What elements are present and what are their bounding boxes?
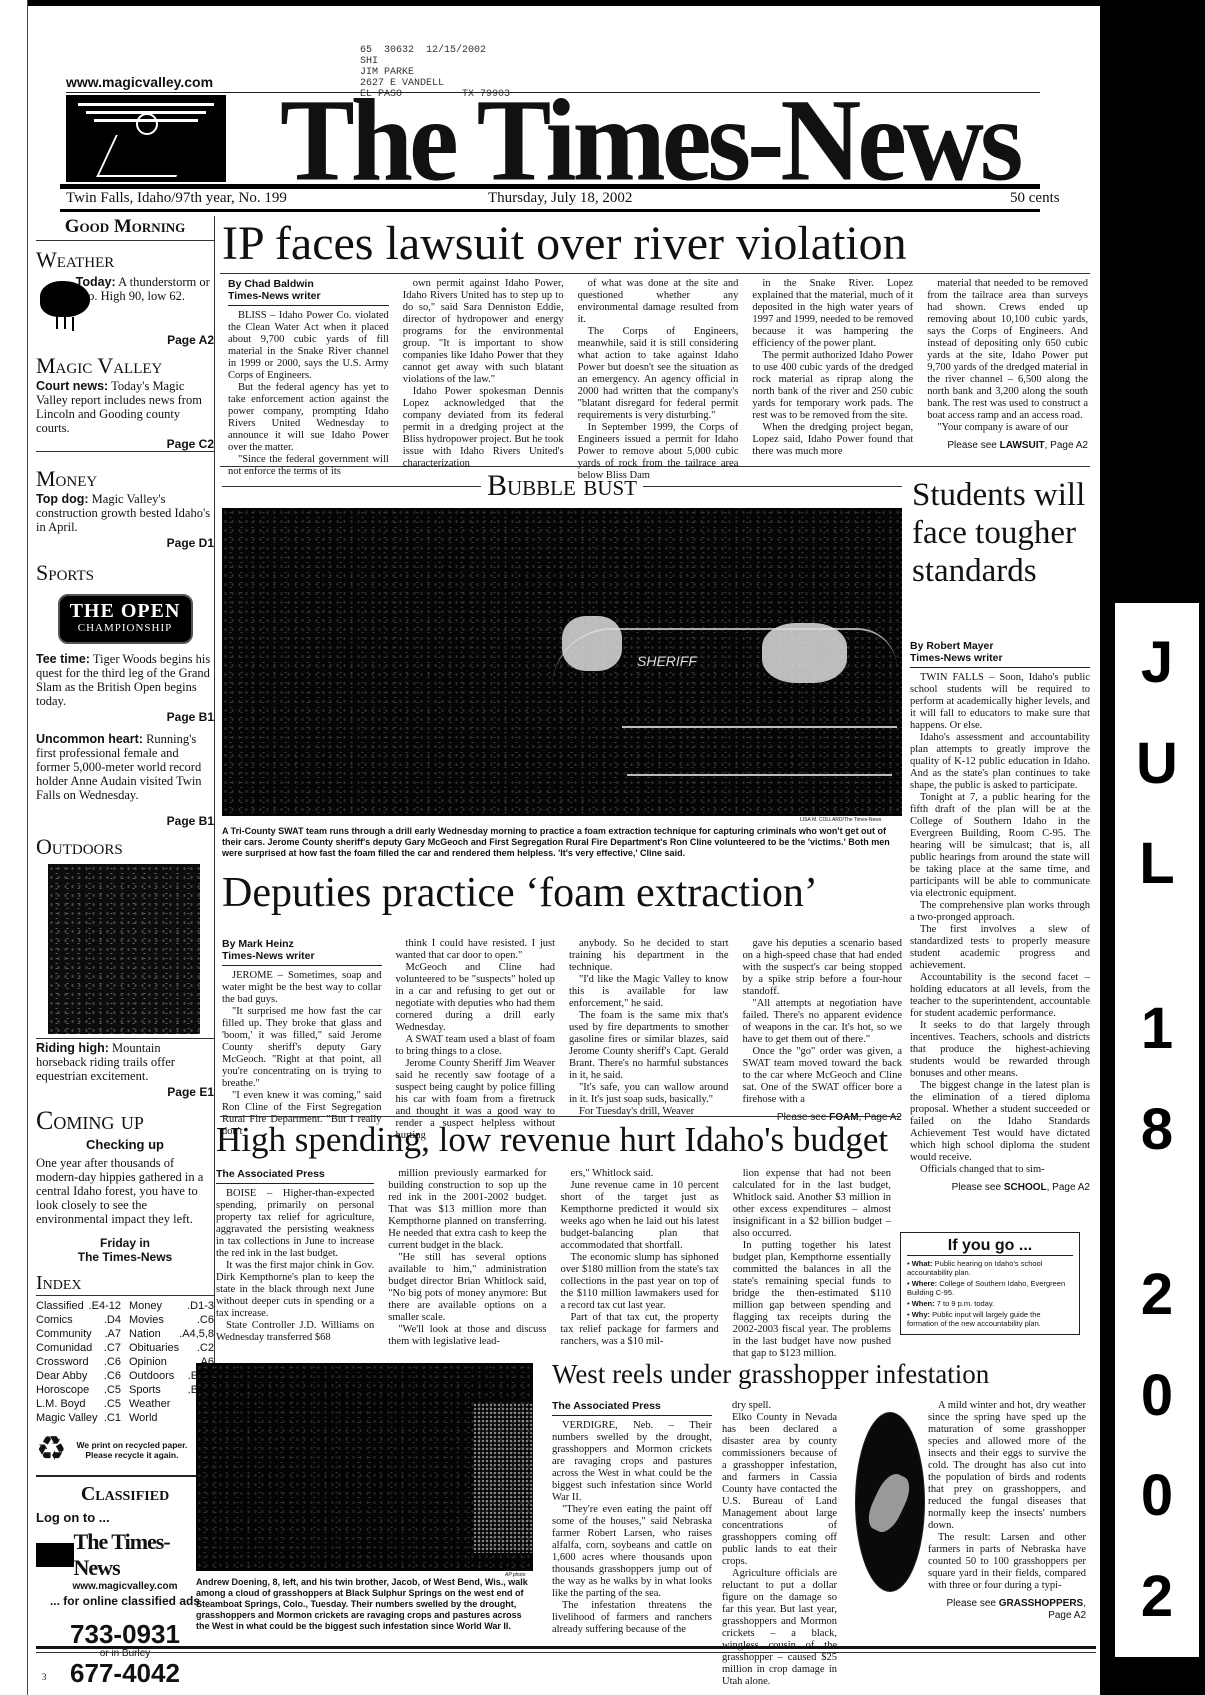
paragraph: "Your company is aware of our <box>927 422 1088 434</box>
index-name: Horoscope <box>36 1383 89 1397</box>
index-name: L.M. Boyd <box>36 1397 86 1411</box>
recycle-line: Please recycle it again. <box>76 1450 187 1460</box>
foam-patch <box>562 616 622 671</box>
paragraph: Tonight at 7, a public hearing for the f… <box>910 792 1090 900</box>
masthead-bar <box>60 184 1040 189</box>
teaser-kicker: Tee time: <box>36 652 90 666</box>
paragraph: A mild winter and hot, dry weather since… <box>928 1400 1086 1532</box>
date-char: 8 <box>1141 1101 1173 1159</box>
badge-line: THE OPEN <box>60 600 191 622</box>
website-link[interactable]: www.magicvalley.com <box>66 74 213 90</box>
section-rule <box>220 1116 900 1117</box>
teaser-kicker: Court news: <box>36 379 108 393</box>
paragraph: The foam is the same mix that's used by … <box>569 1010 729 1082</box>
paragraph: When the dredging project began, Lopez s… <box>752 422 913 458</box>
date-char: 2 <box>1141 1266 1173 1324</box>
paragraph: gave his deputies a scenario based on a … <box>743 938 903 998</box>
index-entry[interactable]: Movies.C6 <box>129 1313 214 1327</box>
date-strip-card: J U L 1 8 2 0 0 2 <box>1112 600 1202 1660</box>
paragraph: "We'll look at those and discuss them wi… <box>388 1324 546 1348</box>
story-column: own permit against Idaho Power, Idaho Ri… <box>403 278 564 482</box>
grasshopper-byline: The Associated Press <box>552 1400 712 1416</box>
index-page: .D4 <box>104 1313 121 1327</box>
index-name: Money <box>129 1299 162 1313</box>
coming-up-subtitle: Checking up <box>36 1137 214 1152</box>
story-column: By Chad BaldwinTimes-News writer BLISS –… <box>228 278 389 482</box>
byline-name: By Mark Heinz <box>222 938 382 950</box>
photo-kicker: Bubble bust <box>222 470 902 502</box>
foam-patch <box>762 623 847 683</box>
paragraph: "He still has several options available … <box>388 1252 546 1324</box>
index-name: Weather <box>129 1397 170 1411</box>
online-logo[interactable]: The Times-News <box>36 1529 214 1581</box>
index-name: Nation <box>129 1327 161 1341</box>
index-page: .C1 <box>104 1411 121 1425</box>
magic-valley-page-ref[interactable]: Page C2 <box>36 437 214 452</box>
story-column: million previously earmarked for buildin… <box>388 1168 546 1360</box>
index-entry[interactable]: Nation.A4,5,8 <box>129 1327 214 1341</box>
index-title: Index <box>36 1272 214 1296</box>
scan-border-top <box>0 0 1205 6</box>
lead-headline[interactable]: IP faces lawsuit over river violation <box>222 218 907 270</box>
paragraph: State Controller J.D. Williams on Wednes… <box>216 1320 374 1344</box>
story-column: anybody. So he decided to start training… <box>569 938 729 1142</box>
paragraph: lion expense that had not been calculate… <box>733 1168 891 1240</box>
paragraph: own permit against Idaho Power, Idaho Ri… <box>403 278 564 386</box>
item-label: When: <box>912 1299 935 1308</box>
story-column: A mild winter and hot, dry weather since… <box>886 1400 1086 1622</box>
index-page: .D1-3 <box>187 1299 214 1313</box>
index-name: World <box>129 1411 158 1425</box>
jump-word: LAWSUIT <box>1000 440 1045 451</box>
paragraph: Idaho's assessment and accountability pl… <box>910 732 1090 792</box>
index-name: Movies <box>129 1313 164 1327</box>
budget-headline[interactable]: High spending, low revenue hurt Idaho's … <box>216 1120 888 1160</box>
page-marker: 3 <box>42 1672 47 1682</box>
coming-up-when: Friday in The Times-News <box>36 1236 214 1264</box>
lead-story-body: By Chad BaldwinTimes-News writer BLISS –… <box>228 278 1088 482</box>
newspaper-title: The Times-News <box>280 88 1019 193</box>
paragraph: It was the first major chink in Gov. Dir… <box>216 1260 374 1320</box>
paragraph: Idaho Power spokesman Dennis Lopez ackno… <box>403 386 564 470</box>
classified-url[interactable]: www.magicvalley.com <box>36 1581 214 1592</box>
story-column: dry spell. Elko County in Nevada has bee… <box>722 1400 877 1688</box>
photo-caption: A Tri-County SWAT team runs through a dr… <box>222 826 902 859</box>
index-list: Classified.E4-12 Money.D1-3 Comics.D4 Mo… <box>36 1299 214 1425</box>
students-headline[interactable]: Students will face tougher standards <box>912 476 1092 590</box>
paragraph: The infestation threatens the livelihood… <box>552 1600 712 1636</box>
location-issue: Twin Falls, Idaho/97th year, No. 199 <box>66 190 287 207</box>
if-you-go-box: If you go ... • What: Public hearing on … <box>900 1232 1080 1335</box>
byline-name: By Chad Baldwin <box>228 278 389 290</box>
car-trim <box>622 726 897 728</box>
story-column: lion expense that had not been calculate… <box>733 1168 891 1360</box>
coming-up-text: One year after thousands of modern-day h… <box>36 1156 214 1226</box>
index-page: .C6 <box>104 1355 121 1369</box>
car-trim <box>627 774 892 776</box>
paragraph: think I could have resisted. I just want… <box>396 938 556 962</box>
index-entry[interactable]: Obituaries.C2 <box>129 1341 214 1355</box>
index-page: .C2 <box>197 1341 214 1355</box>
grasshopper-jump-link[interactable]: Please see GRASSHOPPERS, Page A2 <box>928 1598 1086 1622</box>
index-name: Opinion <box>129 1355 167 1369</box>
lead-byline: By Chad BaldwinTimes-News writer <box>228 278 389 306</box>
index-name: Dear Abby <box>36 1369 87 1383</box>
section-rule <box>220 466 1090 467</box>
index-entry[interactable]: L.M. Boyd.C5 <box>36 1397 121 1411</box>
online-logo-icon <box>36 1543 74 1567</box>
byline-title: Times-News writer <box>228 290 389 302</box>
paragraph: Accountability is the second facet – hol… <box>910 972 1090 1020</box>
money-title: Money <box>36 466 214 492</box>
recycle-line: We print on recycled paper. <box>76 1440 187 1450</box>
classified-title: Classified <box>36 1475 214 1506</box>
index-page: .E4-12 <box>89 1299 121 1313</box>
jump-suffix: , Page A2 <box>1045 440 1088 451</box>
classified-logon: Log on to ... <box>36 1510 214 1525</box>
paragraph: of what was done at the site and questio… <box>578 278 739 326</box>
index-page: .C7 <box>104 1341 121 1355</box>
paragraph: The result: Larsen and other farmers in … <box>928 1532 1086 1592</box>
kicker-rule <box>222 486 481 487</box>
index-entry[interactable]: Crossword.C6 <box>36 1355 121 1369</box>
paragraph: "I'd like the Magic Valley to know this … <box>569 974 729 1010</box>
paragraph: BOISE – Higher-than-expected spending, p… <box>216 1188 374 1260</box>
paragraph: "It's safe, you can wallow around in it.… <box>569 1082 729 1106</box>
date-char: 0 <box>1141 1467 1173 1525</box>
story-column: think I could have resisted. I just want… <box>396 938 556 1142</box>
paragraph: million previously earmarked for buildin… <box>388 1168 546 1252</box>
paragraph: Agriculture officials are reluctant to p… <box>722 1568 837 1688</box>
index-name: Crossword <box>36 1355 89 1369</box>
magic-valley-teaser[interactable]: Court news: Today's Magic Valley report … <box>36 379 214 435</box>
paragraph: JEROME – Sometimes, soap and water might… <box>222 970 382 1006</box>
newspaper-logo-icon <box>66 95 226 182</box>
thunderstorm-icon <box>36 275 70 331</box>
index-entry[interactable]: Classified.E4-12 <box>36 1299 121 1313</box>
outdoors-teaser[interactable]: Riding high: Mountain horseback riding t… <box>36 1038 214 1083</box>
lead-rule <box>220 273 1090 274</box>
paragraph: The Corps of Engineers, meanwhile, said … <box>578 326 739 422</box>
budget-byline: The Associated Press <box>216 1168 374 1184</box>
jump-word: GRASSHOPPERS <box>999 1598 1083 1609</box>
paragraph: anybody. So he decided to start training… <box>569 938 729 974</box>
money-teaser[interactable]: Top dog: Magic Valley's construction gro… <box>36 492 214 534</box>
jump-prefix: Please see <box>946 1598 998 1609</box>
paragraph: Elko County in Nevada has been declared … <box>722 1412 837 1568</box>
index-entry[interactable]: Comunidad.C7 <box>36 1341 121 1355</box>
index-entry[interactable]: Comics.D4 <box>36 1313 121 1327</box>
index-entry[interactable]: Dear Abby.C6 <box>36 1369 121 1383</box>
index-name: Sports <box>129 1383 161 1397</box>
date-char: 0 <box>1141 1367 1173 1425</box>
grasshopper-photo[interactable] <box>196 1363 533 1571</box>
byline-title: Times-News writer <box>222 950 382 962</box>
classified-tagline: ... for online classified ads <box>36 1594 214 1608</box>
deputies-byline: By Mark HeinzTimes-News writer <box>222 938 382 966</box>
friday-line: Friday in <box>36 1236 214 1250</box>
paragraph: in the Snake River. Lopez explained that… <box>752 278 913 350</box>
index-entry[interactable]: Magic Valley.C1 <box>36 1411 121 1425</box>
masthead-bar-lower <box>60 209 1040 212</box>
paragraph: McGeoch and Cline had volunteered to be … <box>396 962 556 1034</box>
weather-teaser[interactable]: Today: A thunderstorm or two. High 90, l… <box>36 275 214 331</box>
badge-line: CHAMPIONSHIP <box>60 622 191 634</box>
story-column: gave his deputies a scenario based on a … <box>743 938 903 1142</box>
paragraph: "They're even eating the paint off some … <box>552 1504 712 1600</box>
outdoors-title: Outdoors <box>36 834 214 860</box>
page-bottom-rule <box>36 1646 1096 1649</box>
students-byline: By Robert MayerTimes-News writer <box>910 640 1090 668</box>
paragraph: material that needed to be removed from … <box>927 278 1088 422</box>
index-page: .C5 <box>104 1397 121 1411</box>
index-entry[interactable]: Horoscope.C5 <box>36 1383 121 1397</box>
if-you-go-item: • Why: Public input will largely guide t… <box>907 1310 1073 1328</box>
story-column: of what was done at the site and questio… <box>578 278 739 482</box>
sports-teaser[interactable]: Uncommon heart: Running's first professi… <box>36 732 214 802</box>
deputies-headline[interactable]: Deputies practice ‘foam extraction’ <box>222 870 818 916</box>
paragraph: The permit authorized Idaho Power to use… <box>752 350 913 422</box>
sports-teaser[interactable]: Tee time: Tiger Woods begins his quest f… <box>36 652 214 708</box>
jump-suffix: , Page A2 <box>1047 1182 1090 1193</box>
paragraph: "All attempts at negotiation have failed… <box>743 998 903 1046</box>
photo-credit: LISA M. COLLARD/The Times-News <box>800 817 881 823</box>
friday-line: The Times-News <box>36 1250 214 1264</box>
index-page: .C5 <box>104 1383 121 1397</box>
paragraph: June revenue came in 10 percent short of… <box>561 1180 719 1252</box>
rail-header: Good Morning <box>36 216 214 241</box>
paragraph: But the federal agency has yet to take e… <box>228 382 389 454</box>
date-char: U <box>1136 735 1178 793</box>
mailing-line: 65 30632 12/15/2002 <box>360 45 510 56</box>
deputies-story-body: By Mark HeinzTimes-News writer JEROME – … <box>222 938 902 1142</box>
item-text: 7 to 9 p.m. today. <box>937 1299 994 1308</box>
item-label: Where: <box>912 1279 937 1288</box>
rail-divider <box>214 216 215 1456</box>
paragraph: dry spell. <box>722 1400 837 1412</box>
date-char: J <box>1141 634 1173 692</box>
paragraph: "It surprised me how fast the car filled… <box>222 1006 382 1090</box>
index-page: .C6 <box>104 1369 121 1383</box>
sports-title: Sports <box>36 560 214 586</box>
jump-word: SCHOOL <box>1004 1182 1047 1193</box>
date-char: 1 <box>1141 1000 1173 1058</box>
page-bottom-rule-thin <box>36 1652 1096 1653</box>
index-page: .A4,5,8 <box>179 1327 214 1341</box>
grasshopper-caption: Andrew Doening, 8, left, and his twin br… <box>196 1577 536 1632</box>
grasshopper-headline[interactable]: West reels under grasshopper infestation <box>552 1358 989 1390</box>
paragraph: The biggest change in the latest plan is… <box>910 1080 1090 1164</box>
index-name: Obituaries <box>129 1341 179 1355</box>
index-name: Comics <box>36 1313 73 1327</box>
byline-name: By Robert Mayer <box>910 640 1090 652</box>
mailing-line: SHI <box>360 56 510 67</box>
paragraph: Once the "go" order was given, a SWAT te… <box>743 1046 903 1106</box>
teaser-kicker: Top dog: <box>36 492 89 506</box>
if-you-go-item: • When: 7 to 9 p.m. today. <box>907 1299 1073 1308</box>
sports-page-ref[interactable]: Page B1 <box>36 814 214 828</box>
recycle-icon: ♻ <box>36 1433 66 1467</box>
index-name: Magic Valley <box>36 1411 98 1425</box>
index-name: Comunidad <box>36 1341 92 1355</box>
if-you-go-item: • What: Public hearing on Idaho's school… <box>907 1259 1073 1277</box>
byline-title: Times-News writer <box>910 652 1090 664</box>
paragraph: The comprehensive plan works through a t… <box>910 900 1090 924</box>
date-char: L <box>1139 835 1174 893</box>
index-name: Community <box>36 1327 92 1341</box>
open-championship-logo: THE OPEN CHAMPIONSHIP <box>58 594 193 644</box>
story-column: ers," Whitlock said. June revenue came i… <box>561 1168 719 1360</box>
teaser-kicker: Riding high: <box>36 1041 109 1055</box>
budget-story-body: The Associated Press BOISE – Higher-than… <box>216 1168 891 1360</box>
story-column: The Associated Press VERDIGRE, Neb. – Th… <box>552 1400 712 1636</box>
paragraph: VERDIGRE, Neb. – Their numbers swelled b… <box>552 1420 712 1504</box>
lead-jump-link[interactable]: Please see LAWSUIT, Page A2 <box>927 440 1088 452</box>
paragraph: Officials changed that to sim- <box>910 1164 1090 1176</box>
issue-date: Thursday, July 18, 2002 <box>488 190 632 207</box>
date-char: 2 <box>1141 1568 1173 1626</box>
classified-phone-burley: 677-4042 <box>36 1659 214 1687</box>
index-page: .C6 <box>197 1313 214 1327</box>
paragraph: ers," Whitlock said. <box>561 1168 719 1180</box>
story-column: in the Snake River. Lopez explained that… <box>752 278 913 482</box>
magic-valley-title: Magic Valley <box>36 353 214 379</box>
outdoors-page-ref[interactable]: Page E1 <box>36 1085 214 1099</box>
kicker-rule <box>643 486 902 487</box>
jump-prefix: Please see <box>952 1182 1004 1193</box>
paragraph: A SWAT team used a blast of foam to brin… <box>396 1034 556 1058</box>
item-label: Why: <box>912 1310 930 1319</box>
paragraph: The economic slump has siphoned over $18… <box>561 1252 719 1312</box>
index-name: Outdoors <box>129 1369 174 1383</box>
index-page: .A7 <box>104 1327 121 1341</box>
online-logo-text: The Times-News <box>74 1529 214 1581</box>
paragraph: It seeks to do that largely through ince… <box>910 1020 1090 1080</box>
paragraph: BLISS – Idaho Power Co. violated the Cle… <box>228 310 389 382</box>
sports-page-ref[interactable]: Page B1 <box>36 710 214 724</box>
scan-border-left <box>0 0 28 1695</box>
if-you-go-item: • Where: College of Southern Idaho, Ever… <box>907 1279 1073 1297</box>
recycle-notice: ♻ We print on recycled paper.Please recy… <box>36 1433 214 1467</box>
paragraph: In putting together his latest budget pl… <box>733 1240 891 1360</box>
swat-foam-photo[interactable]: SHERIFF <box>222 508 902 816</box>
outdoors-photo[interactable] <box>48 864 200 1034</box>
weather-page-ref[interactable]: Page A2 <box>36 333 214 347</box>
paragraph: Part of that tax cut, the property tax r… <box>561 1312 719 1348</box>
photo-kicker-text: Bubble bust <box>487 470 637 502</box>
if-you-go-title: If you go ... <box>907 1237 1073 1256</box>
index-entry[interactable]: Money.D1-3 <box>129 1299 214 1313</box>
students-jump-link[interactable]: Please see SCHOOL, Page A2 <box>910 1182 1090 1194</box>
story-column: material that needed to be removed from … <box>927 278 1088 482</box>
weather-title: Weather <box>36 247 214 273</box>
teaser-kicker: Uncommon heart: <box>36 732 143 746</box>
story-column: The Associated Press BOISE – Higher-than… <box>216 1168 374 1360</box>
price: 50 cents <box>1010 190 1060 207</box>
index-name: Classified <box>36 1299 84 1313</box>
item-label: What: <box>912 1259 933 1268</box>
story-column: By Mark HeinzTimes-News writer JEROME – … <box>222 938 382 1142</box>
students-story-body: By Robert MayerTimes-News writer TWIN FA… <box>910 640 1090 1194</box>
paragraph: The first involves a slew of standardize… <box>910 924 1090 972</box>
classified-phone: 733-0931 <box>36 1620 214 1648</box>
sheriff-door-text: SHERIFF <box>637 653 697 669</box>
money-page-ref[interactable]: Page D1 <box>36 536 214 550</box>
index-entry[interactable]: Community.A7 <box>36 1327 121 1341</box>
coming-up-title: Coming up <box>36 1107 214 1135</box>
jump-prefix: Please see <box>947 440 999 451</box>
left-rail: Good Morning Weather Today: A thundersto… <box>36 216 214 1687</box>
paragraph: TWIN FALLS – Soon, Idaho's public school… <box>910 672 1090 732</box>
